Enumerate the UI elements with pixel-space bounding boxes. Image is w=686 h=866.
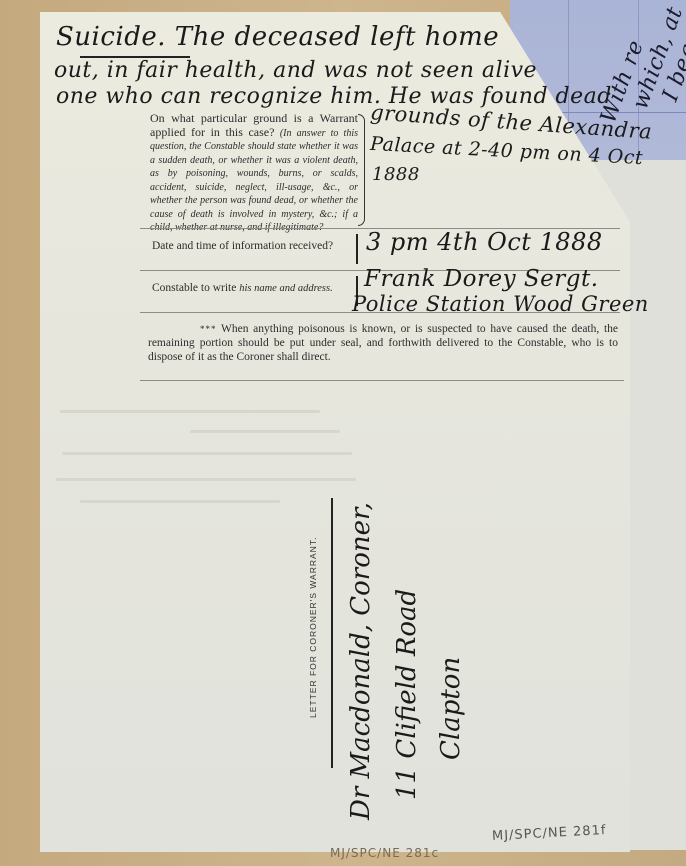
letter-for-coroners-warrant-label: LETTER FOR CORONER'S WARRANT. (308, 537, 318, 718)
date-received-value[interactable]: 3 pm 4th Oct 1888 (366, 228, 603, 256)
note-asterisms: *⁢*⁢* (200, 324, 217, 334)
rule-4 (140, 380, 624, 381)
poison-note: *⁢*⁢* When anything poisonous is known, … (148, 322, 618, 364)
address-line-1: Dr Macdonald, Coroner, (346, 502, 376, 820)
warrant-ground-question: On what particular ground is a Warrant a… (150, 112, 358, 235)
question-brace (358, 114, 365, 226)
constable-label-italic: his name and address. (239, 283, 333, 294)
note-text: When anything poisonous is known, or is … (148, 323, 618, 363)
handwritten-line-3: one who can recognize him. He was found … (56, 84, 612, 109)
handwritten-line-6: 1888 (372, 164, 420, 185)
handwritten-line-1: Suicide. The deceased left home (56, 22, 499, 52)
question-instructions: (In answer to this question, the Constab… (150, 128, 358, 234)
address-line-3: Clapton (436, 657, 466, 760)
rule-3 (140, 312, 620, 313)
handwritten-line-2: out, in fair health, and was not seen al… (54, 58, 537, 83)
constable-label-prefix: Constable to write (152, 282, 236, 294)
date-brace (356, 234, 358, 264)
date-received-label: Date and time of information received? (152, 240, 333, 252)
folder-archive-reference: MJ/SPC/NE 281c (330, 846, 439, 860)
constable-label: Constable to write his name and address. (152, 282, 333, 294)
constable-name-value[interactable]: Frank Dorey Sergt. (364, 266, 599, 292)
address-rule (331, 498, 333, 768)
address-line-2: 11 Clifield Road (392, 589, 422, 800)
